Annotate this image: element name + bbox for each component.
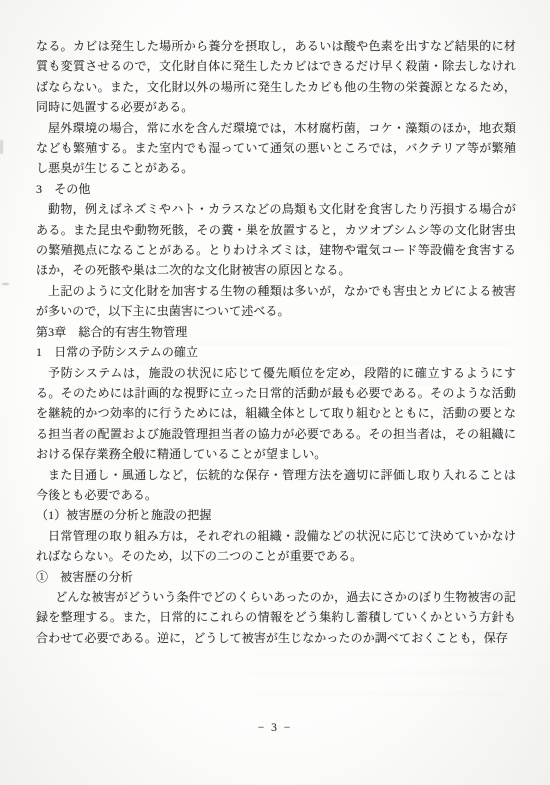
paragraph-traditional-methods: また目通し・風通しなど，伝統的な保存・管理方法を適切に評価し取り入れることは今後… [36, 465, 516, 506]
paragraph-daily-management: 日常管理の取り組み方は，それぞれの組織・設備などの状況に応じて決めていかなければ… [36, 526, 516, 567]
document-page: なる。カビは発生した場所から養分を摂取し，あるいは酸や色素を出すなど結果的に材質… [0, 0, 550, 785]
paragraph-damage-history-analysis: どんな被害がどういう条件でどのくらいあったのか，過去にさかのぼり生物被害の記録を… [36, 587, 516, 648]
chapter-heading: 第3章 総合的有害生物管理 [36, 322, 516, 342]
scan-edge-speck [2, 283, 9, 285]
paragraph-summary: 上記のように文化財を加害する生物の種類は多いが，なかでも害虫とカビによる被害が多… [36, 281, 516, 322]
section-heading-other: 3 その他 [36, 179, 516, 199]
scan-edge-speck [0, 140, 3, 154]
paragraph-animals: 動物，例えばネズミやハト・カラスなどの鳥類も文化財を食害したり汚損する場合がある… [36, 199, 516, 281]
section-heading-prevention-system: 1 日常の予防システムの確立 [36, 342, 516, 362]
paragraph-outdoor-environment: 屋外環境の場合，常に水を含んだ環境では，木材腐朽菌，コケ・藻類のほか，地衣類など… [36, 118, 516, 179]
page-content: なる。カビは発生した場所から養分を摂取し，あるいは酸や色素を出すなど結果的に材質… [36, 36, 516, 648]
subsection-heading-damage-history: （1）被害歴の分析と施設の把握 [36, 505, 516, 525]
paragraph-prevention-system: 予防システムは，施設の状況に応じて優先順位を定め，段階的に確立するようにする。そ… [36, 363, 516, 465]
paragraph-mold-continuation: なる。カビは発生した場所から養分を摂取し，あるいは酸や色素を出すなど結果的に材質… [36, 36, 516, 118]
page-number: − 3 − [0, 722, 550, 734]
numbered-item-heading-analysis: ① 被害歴の分析 [36, 567, 516, 587]
